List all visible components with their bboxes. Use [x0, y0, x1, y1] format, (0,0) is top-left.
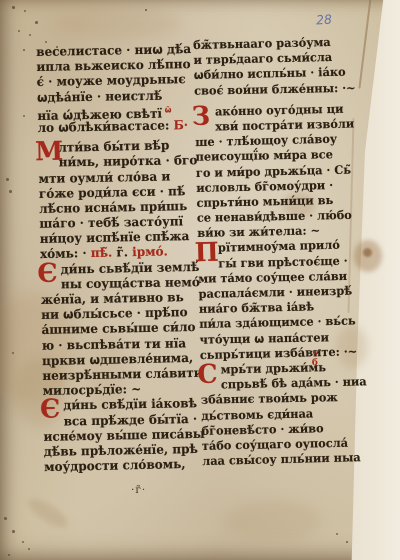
ink-text: бж̃твьнааго разо́ума [193, 35, 331, 52]
ink-text: лаа свы́соу пль́нии ныа [202, 450, 361, 468]
ink-speck [22, 541, 24, 543]
manuscript-photo: 28 веселистасе · ниѡ дѣ́аипла вьжеиско л… [0, 0, 400, 560]
text-column-right: бж̃твьнааго разо́умаи тврь́дааго сьми́сл… [193, 35, 338, 469]
margin-gloss-letter: б [312, 358, 318, 368]
ink-speck [12, 352, 14, 354]
quire-mark: ·г̃· [131, 484, 146, 496]
ink-text: гы́ гви прѣстоє́ще · [218, 253, 348, 270]
ink-speck [45, 41, 47, 43]
parchment-stain [225, 500, 320, 542]
ink-speck [336, 533, 338, 535]
ink-speck [23, 115, 25, 117]
ink-text: дь́ствомь єди́наа [201, 406, 313, 422]
text-line: своє́ вои́ни блже́нны: ·~ [194, 81, 330, 99]
ink-text: рїтимноу́ма прило́ [218, 238, 340, 255]
ink-speck [6, 178, 9, 181]
ink-speck [8, 554, 10, 556]
ink-text: что́ущи ѡ напа́стеи [199, 330, 329, 346]
text-column-left: веселистасе · ниѡ дѣ́аипла вьжеиско лѣ́п… [36, 41, 192, 474]
ink-text: и тврь́дааго сьми́сла [193, 50, 332, 67]
ink-text: исловль бг̃омоу́дри · [196, 178, 333, 195]
ink-text: пеисоущї́ю ми́ра все [195, 148, 332, 165]
ink-text: своє́ вои́ни блже́нны: ·~ [194, 80, 356, 97]
parchment-stain [24, 494, 71, 532]
margin-gloss: ѡ̃ б [312, 349, 319, 368]
text-line: лаа свы́соу пль́нии ныа [202, 451, 338, 470]
rubric-text: ірмо́. [132, 244, 168, 260]
ink-text: моу́дрости сло́вомь, [44, 456, 186, 474]
ink-text: пи́ла зда́ющимсе · вь́сь [199, 314, 356, 331]
ink-speck [4, 517, 7, 520]
ink-text: г̃. [112, 245, 132, 260]
ink-text: мрь́ти дрьжи́мь [220, 360, 326, 376]
ink-speck [12, 6, 15, 9]
ink-speck [23, 49, 25, 51]
parchment-stain [55, 8, 180, 40]
parchment-stain [363, 248, 372, 257]
ink-speck [346, 541, 348, 543]
rubric-text: ѡ̃ [162, 104, 172, 114]
ink-text: бг̃оневѣ́сто · жи́во [201, 421, 323, 438]
ink-text: се ненави́дѣвше · лю́бо [197, 208, 352, 225]
ink-text: ѡби́лно испль́ны · іа́ко [194, 65, 346, 82]
text-line: ло ѡблѣки́вастасе: Б· [37, 117, 185, 135]
ink-speck [9, 190, 12, 193]
ink-speck [12, 530, 15, 533]
ink-text: ако́нно оуго́дны ци [215, 101, 344, 118]
ink-text: ло ѡблѣки́вастасе: [37, 117, 173, 135]
rubric-text: пѣ̃. [91, 245, 113, 260]
ink-speck [28, 548, 30, 550]
parchment-page: 28 веселистасе · ниѡ дѣ́аипла вьжеиско л… [0, 0, 400, 560]
ink-text: зба́вниє твои́мь рож [201, 390, 338, 407]
ink-text: ми та́мо соу́щее сла́ви [198, 269, 347, 286]
rubric-text: Б· [173, 117, 188, 132]
ink-speck [35, 21, 38, 24]
ink-speck [29, 34, 31, 36]
folio-number: 28 [315, 11, 332, 27]
text-line: моу́дрости сло́вомь, [44, 456, 192, 474]
ink-speck [145, 9, 147, 11]
ink-text: ниа́го бж̃тва іа́вѣ [199, 300, 314, 317]
ink-speck [18, 30, 20, 32]
ink-text: є́ · моуже моудрьныє [37, 72, 186, 90]
ink-text: спрьвѣ́ бѣ ада́мь · ниа [221, 374, 367, 391]
ink-speck [24, 10, 26, 12]
ink-text: спрьти́но мьни́ци вь [196, 193, 333, 210]
